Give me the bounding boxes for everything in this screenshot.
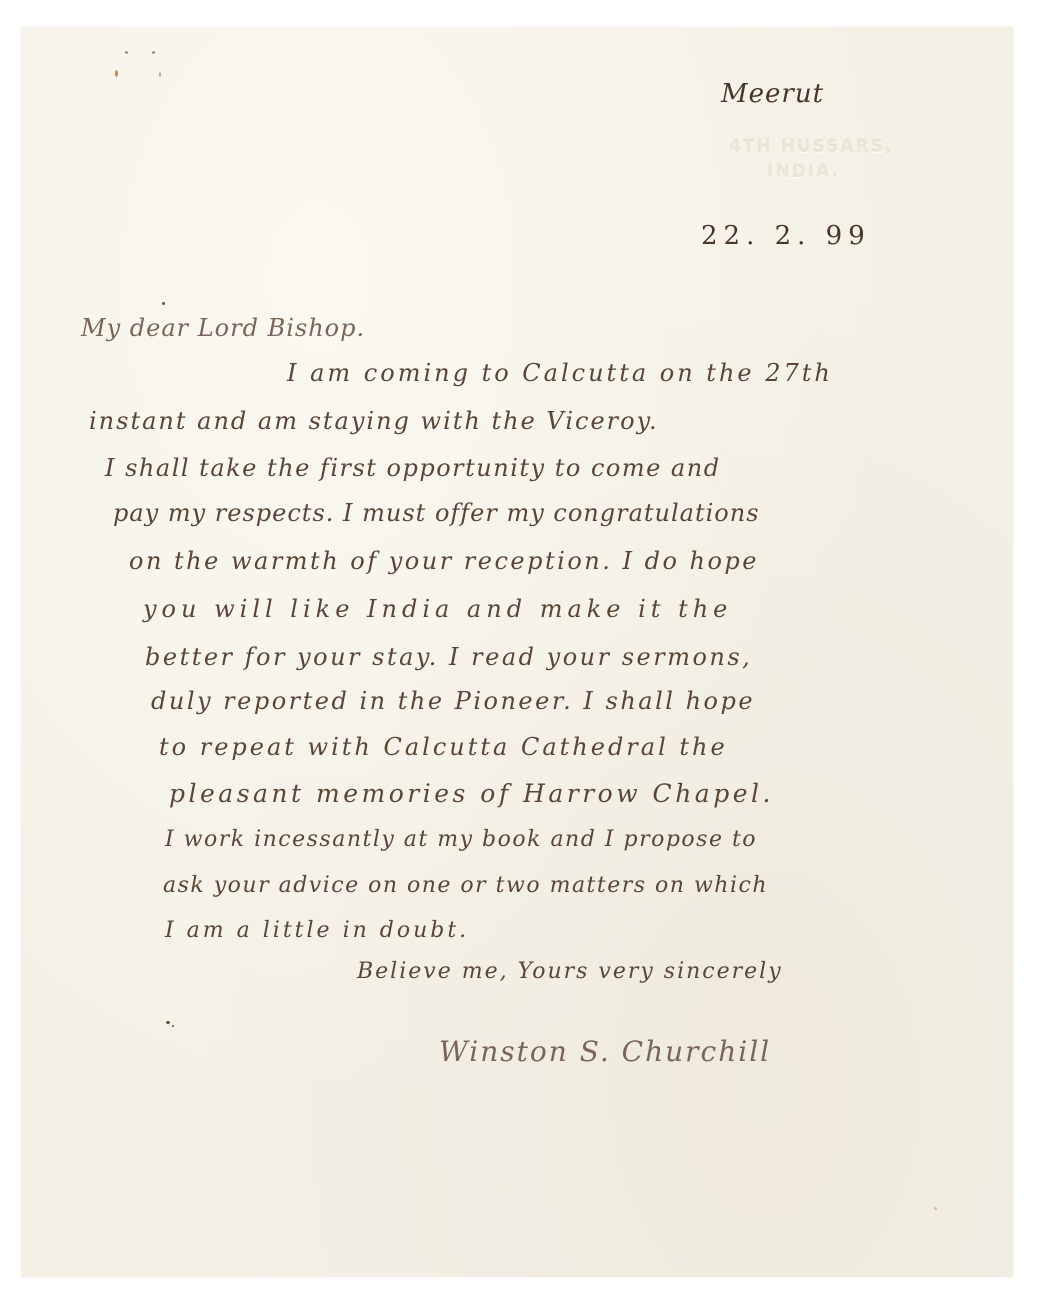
ink-speck xyxy=(125,51,128,54)
letter-salutation: My dear Lord Bishop. xyxy=(81,314,365,342)
letter-body-line: ask your advice on one or two matters on… xyxy=(163,873,768,898)
letter-place: Meerut xyxy=(721,79,824,109)
letter-signature: Winston S. Churchill xyxy=(439,1035,771,1068)
ink-speck xyxy=(162,302,165,305)
ink-speck xyxy=(166,1021,170,1024)
letter-date: 22. 2. 99 xyxy=(701,221,871,251)
letter-body-line: you will like India and make it the xyxy=(143,595,732,623)
letter-body-line: pleasant memories of Harrow Chapel. xyxy=(169,779,774,808)
ink-speck xyxy=(152,51,155,54)
ink-speck xyxy=(934,1207,937,1210)
embossed-letterhead-line1: 4TH HUSSARS, xyxy=(729,137,893,157)
letter-body-line: duly reported in the Pioneer. I shall ho… xyxy=(151,687,755,715)
letter-body-line: better for your stay. I read your sermon… xyxy=(145,643,752,671)
letter-body-line: pay my respects. I must offer my congrat… xyxy=(113,499,760,527)
letter-body-line: instant and am staying with the Viceroy. xyxy=(89,407,659,435)
letter-body-line: to repeat with Calcutta Cathedral the xyxy=(159,733,728,761)
letter-closing: Believe me, Yours very sincerely xyxy=(357,959,783,984)
letter-body-line: I work incessantly at my book and I prop… xyxy=(165,827,757,852)
letter-body-line: I am coming to Calcutta on the 27th xyxy=(287,359,833,387)
letter-body-line: I am a little in doubt. xyxy=(165,918,469,943)
letter-body-line: on the warmth of your reception. I do ho… xyxy=(129,547,759,575)
embossed-letterhead-line2: INDIA. xyxy=(767,162,840,182)
ink-speck xyxy=(115,70,118,77)
letter-paper: Meerut 4TH HUSSARS, INDIA. 22. 2. 99 My … xyxy=(21,27,1013,1277)
ink-speck xyxy=(172,1025,174,1027)
letter-body-line: I shall take the first opportunity to co… xyxy=(105,454,721,482)
ink-speck xyxy=(159,72,161,77)
